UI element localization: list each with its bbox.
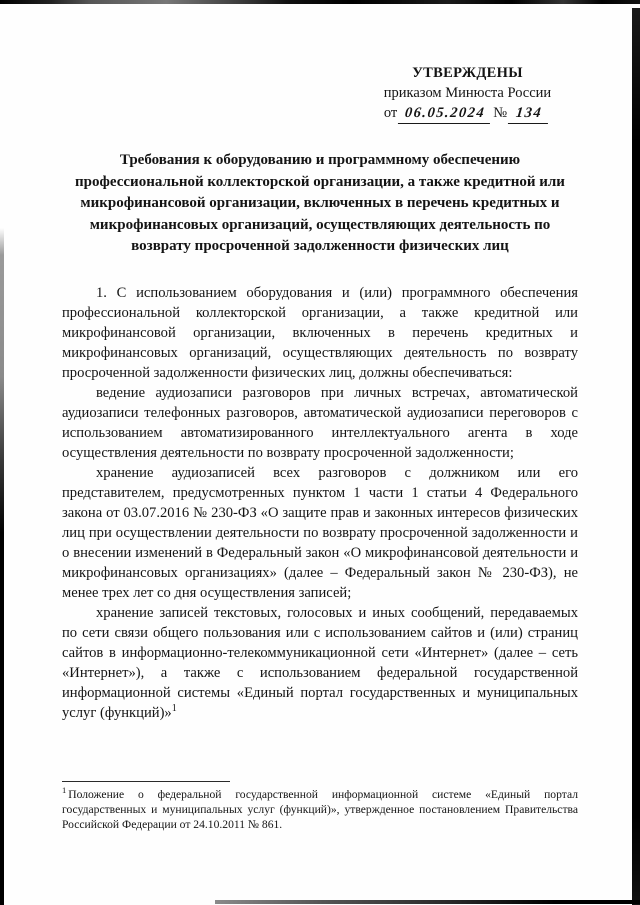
approval-date-label: от xyxy=(384,103,397,123)
paragraph-text: ведение аудиозаписи разговоров при личны… xyxy=(62,385,578,461)
footnote-mark: 1 xyxy=(62,785,66,795)
approval-authority: приказом Минюста России xyxy=(365,83,570,103)
footnote-text: Положение о федеральной государственной … xyxy=(62,788,578,831)
paragraph-text: хранение аудиозаписей всех разговоров с … xyxy=(62,465,578,601)
footnote-separator xyxy=(62,781,230,782)
scan-artifact-right-edge xyxy=(632,8,640,905)
body-paragraph-3: хранение аудиозаписей всех разговоров с … xyxy=(62,463,578,603)
scan-artifact-left-edge xyxy=(0,228,4,905)
document-title: Требования к оборудованию и программному… xyxy=(73,150,567,258)
paragraph-text: хранение записей текстовых, голосовых и … xyxy=(62,605,578,721)
approval-date-line: от 06.05.2024 № 134 xyxy=(384,103,551,124)
body-paragraph-4: хранение записей текстовых, голосовых и … xyxy=(62,603,578,723)
approval-block: УТВЕРЖДЕНЫ приказом Минюста России от 06… xyxy=(365,63,570,124)
approval-date-handwritten: 06.05.2024 xyxy=(398,103,492,124)
scan-artifact-bottom-edge xyxy=(215,900,640,904)
body-paragraph-1: 1. С использованием оборудования и (или)… xyxy=(62,283,578,383)
approval-status: УТВЕРЖДЕНЫ xyxy=(365,63,570,83)
approval-number-handwritten: 134 xyxy=(508,103,550,124)
scan-artifact-top-edge xyxy=(0,0,640,4)
approval-number-sign: № xyxy=(493,103,507,123)
paragraph-text: 1. С использованием оборудования и (или)… xyxy=(62,285,578,381)
footnote: 1Положение о федеральной государственной… xyxy=(62,787,578,832)
document-page: УТВЕРЖДЕНЫ приказом Минюста России от 06… xyxy=(0,0,640,905)
body-paragraph-2: ведение аудиозаписи разговоров при личны… xyxy=(62,383,578,463)
footnote-reference-mark: 1 xyxy=(172,703,177,714)
document-body: 1. С использованием оборудования и (или)… xyxy=(62,283,578,723)
